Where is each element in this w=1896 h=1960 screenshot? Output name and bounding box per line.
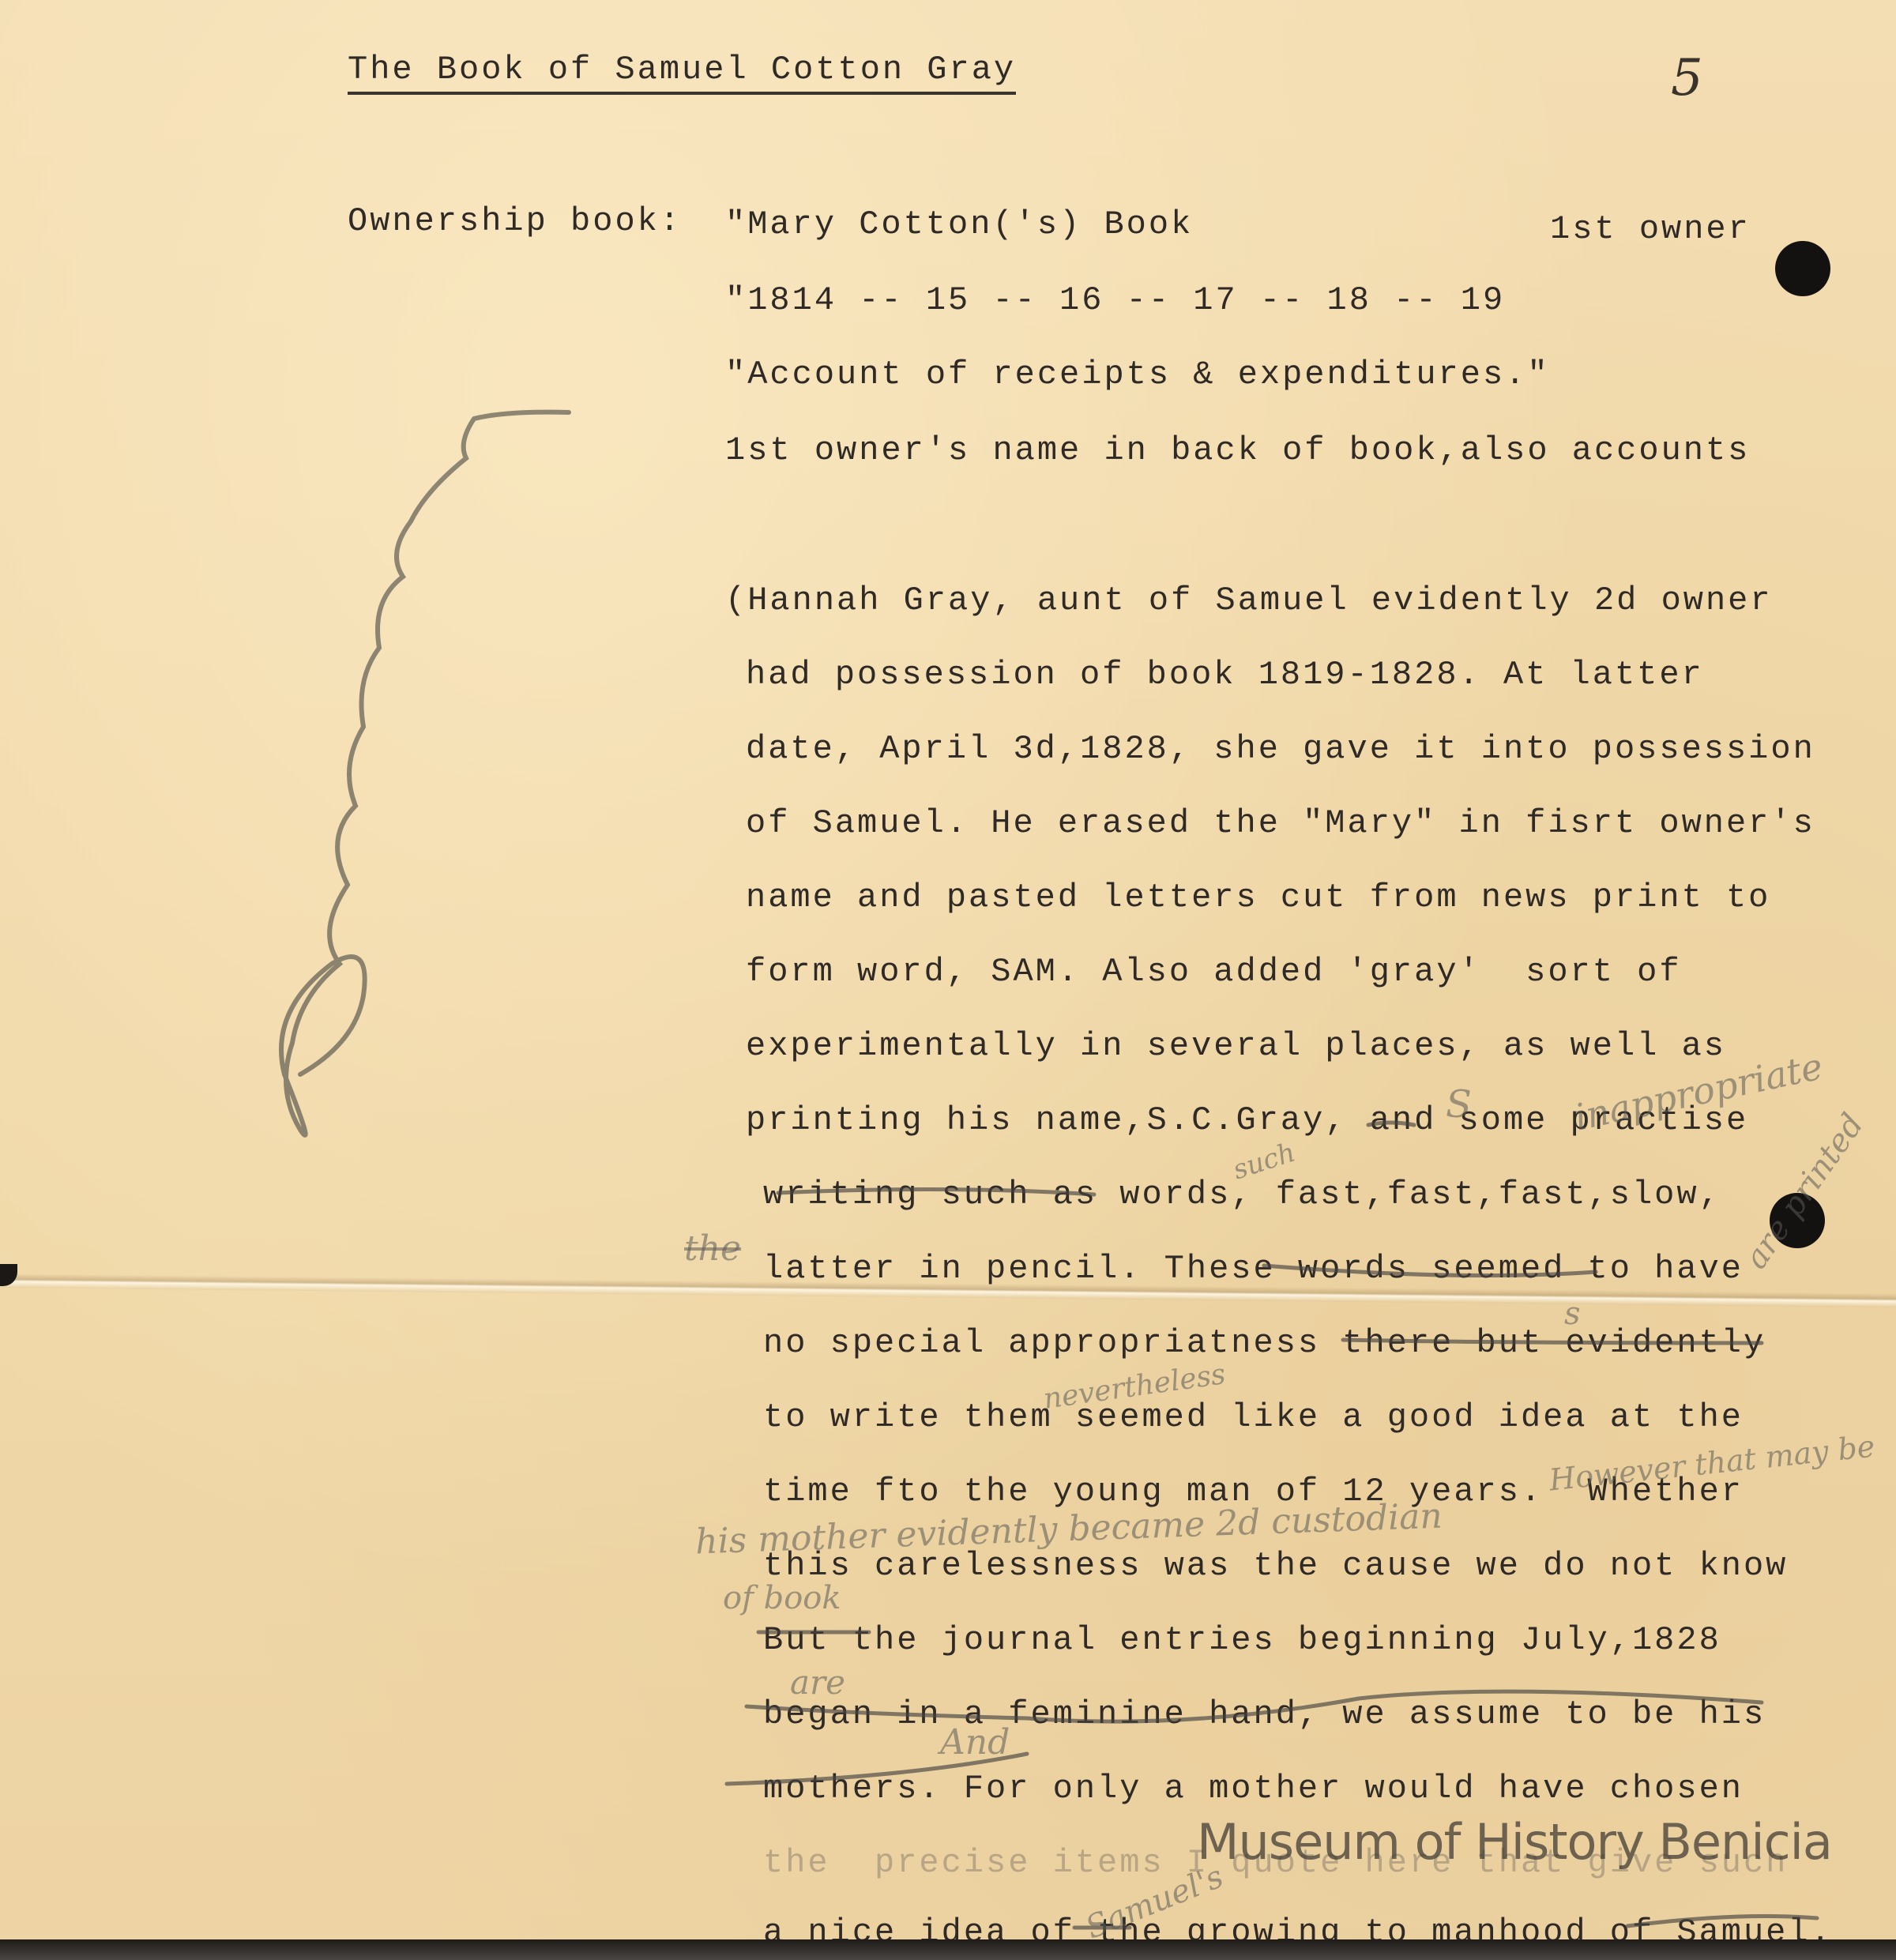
pencil-of-book: of book [723, 1580, 841, 1616]
pencil-are: are [790, 1663, 845, 1702]
pencil-s-mark: s [1564, 1296, 1581, 1332]
scan-bottom-edge [0, 1939, 1896, 1960]
pencil-and: And [940, 1722, 1010, 1762]
museum-watermark: Museum of History Benicia [1197, 1813, 1832, 1871]
pencil-the-margin: the [684, 1228, 741, 1269]
pencil-s-insert: S [1446, 1082, 1472, 1127]
document-page: The Book of Samuel Cotton Gray 5 Ownersh… [0, 0, 1896, 1945]
possession-margin-signature [269, 395, 553, 1153]
